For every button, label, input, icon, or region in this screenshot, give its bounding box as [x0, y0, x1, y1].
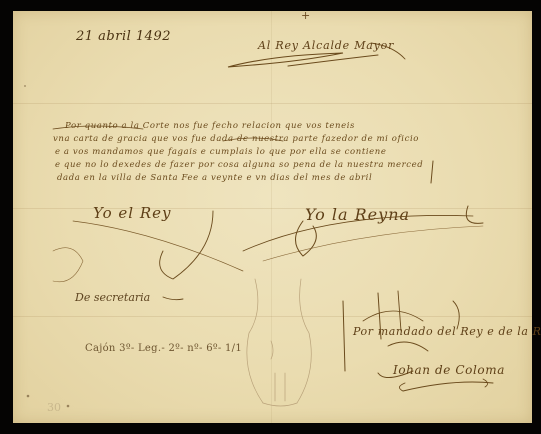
- manuscript-page: + 21 abril 1492 Al Rey Alcalde Mayor Por…: [13, 11, 532, 423]
- ink-flourishes: [13, 11, 532, 423]
